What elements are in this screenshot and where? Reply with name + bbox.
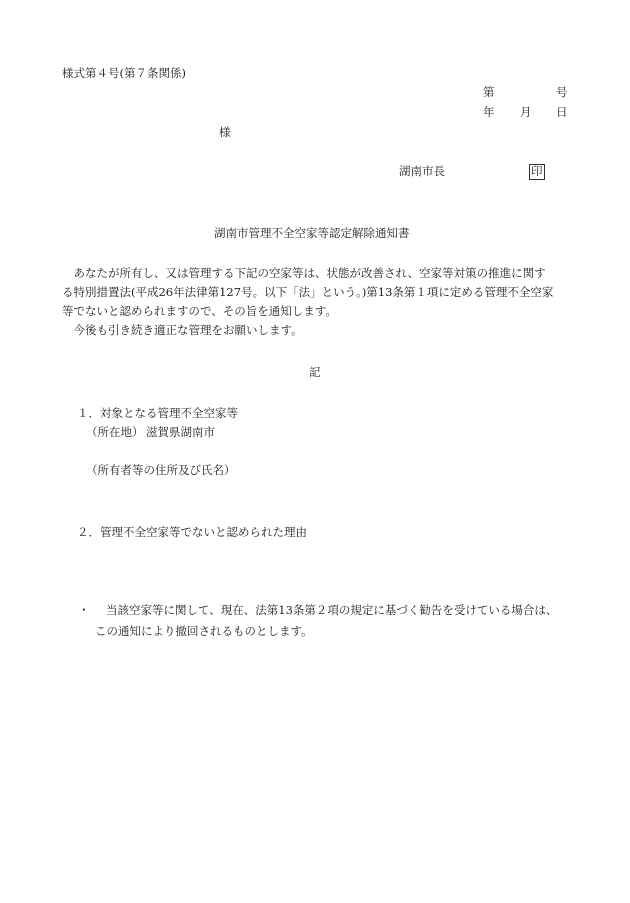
location-value: 滋賀県湖南市	[146, 427, 215, 439]
item-2-heading: ２．管理不全空家等でないと認められた理由	[77, 527, 307, 539]
body-line: る特別措置法(平成26年法律第127号。以下「法」という。)第13条第１項に定め…	[62, 283, 582, 302]
body-line: あなたが所有し、又は管理する下記の空家等は、状態が改善され、空家等対策の推進に関…	[62, 264, 582, 283]
form-label: 様式第４号(第７条関係)	[62, 68, 186, 80]
issuer-name: 湖南市長	[399, 166, 445, 178]
seal-icon: 印	[529, 164, 545, 180]
doc-number-prefix: 第	[483, 87, 495, 99]
body-line: 等でないと認められますので、その旨を通知します。	[62, 302, 582, 321]
date-day: 日	[556, 107, 568, 119]
ki-heading: 記	[309, 367, 321, 379]
note-line: 当該空家等に関して、現在、法第13条第２項の規定に基づく勧告を受けている場合は、	[106, 605, 557, 617]
document-title: 湖南市管理不全空家等認定解除通知書	[214, 228, 410, 240]
addressee-suffix: 様	[219, 127, 231, 139]
seal-mark: 印	[529, 164, 545, 180]
location-label: （所在地）	[86, 427, 144, 439]
owner-label: （所有者等の住所及び氏名）	[86, 465, 236, 477]
body-line: 今後も引き続き適正な管理をお願いします。	[62, 321, 582, 340]
date-month: 月	[520, 107, 532, 119]
body-paragraph: あなたが所有し、又は管理する下記の空家等は、状態が改善され、空家等対策の推進に関…	[62, 264, 582, 340]
note-line: この通知により撤回されるものとします。	[95, 626, 313, 638]
note-bullet: ・	[78, 605, 90, 617]
item-1-heading: １．対象となる管理不全空家等	[77, 408, 238, 420]
date-year: 年	[483, 107, 495, 119]
doc-number-suffix: 号	[556, 87, 568, 99]
